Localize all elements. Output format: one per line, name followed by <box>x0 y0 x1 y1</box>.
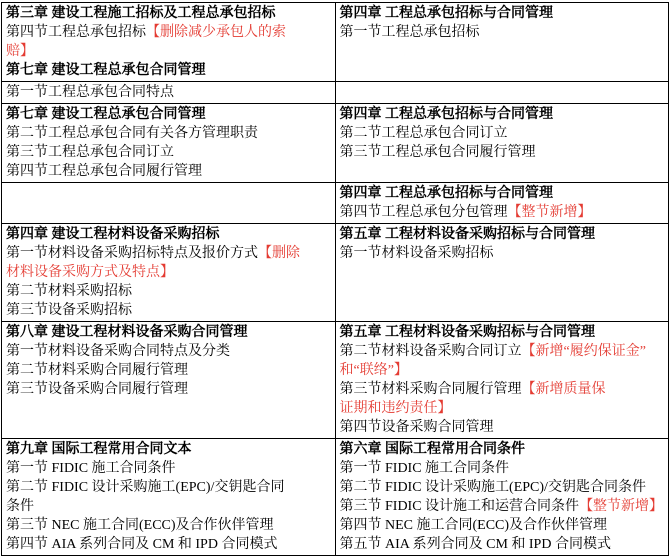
text-line: 和“联络”】 <box>340 361 665 380</box>
table-cell: 第四章 工程总承包招标与合同管理第一节工程总承包招标 <box>335 3 669 82</box>
change-annotation: 【新增质量保 <box>522 382 606 397</box>
text-line: 第四章 工程总承包招标与合同管理 <box>340 105 665 124</box>
text-line: 第四节工程总承包分包管理【整节新增】 <box>340 203 665 222</box>
section-item: 第三节工程总承包合同订立 <box>6 145 174 160</box>
text-line: 证期和违约责任】 <box>340 399 665 418</box>
text-line: 第四章 工程总承包招标与合同管理 <box>340 4 665 23</box>
curriculum-comparison-table: 第三章 建设工程施工招标及工程总承包招标第四节工程总承包招标【删除减少承包人的索… <box>1 2 669 556</box>
section-item: 第一节工程总承包合同特点 <box>6 85 174 100</box>
table-row: 第一节工程总承包合同特点 <box>2 82 669 104</box>
chapter-heading: 第七章 建设工程总承包合同管理 <box>6 63 206 78</box>
text-line: 第二节 FIDIC 设计采购施工(EPC)/交钥匙合同 <box>6 478 331 497</box>
section-item: 第一节材料设备采购招标特点及报价方式 <box>6 246 258 261</box>
section-item: 第四节工程总承包分包管理 <box>340 205 508 220</box>
section-item: 第五节 AIA 系列合同及 CM 和 IPD 合同模式 <box>340 537 611 552</box>
table-cell <box>2 183 336 224</box>
table-cell: 第四章 建设工程材料设备采购招标第一节材料设备采购招标特点及报价方式【删除材料设… <box>2 224 336 322</box>
table-row: 第七章 建设工程总承包合同管理第二节工程总承包合同有关各方管理职责第三节工程总承… <box>2 104 669 183</box>
change-annotation: 【整节新增】 <box>508 205 592 220</box>
text-line: 赔】 <box>6 42 331 61</box>
table-cell: 第四章 工程总承包招标与合同管理第二节工程总承包合同订立第三节工程总承包合同履行… <box>335 104 669 183</box>
change-annotation: 和“联络”】 <box>340 363 408 378</box>
section-item: 第三节设备采购招标 <box>6 303 132 318</box>
text-line: 第四节 AIA 系列合同及 CM 和 IPD 合同模式 <box>6 535 331 554</box>
change-annotation: 材料设备采购方式及特点】 <box>6 265 174 280</box>
text-line: 第二节工程总承包合同有关各方管理职责 <box>6 124 331 143</box>
text-line: 第三节材料采购合同履行管理【新增质量保 <box>340 380 665 399</box>
table-row: 第三章 建设工程施工招标及工程总承包招标第四节工程总承包招标【删除减少承包人的索… <box>2 3 669 82</box>
section-item: 第一节 FIDIC 施工合同条件 <box>340 461 510 476</box>
text-line: 第四节 NEC 施工合同(ECC)及合作伙伴管理 <box>340 516 665 535</box>
text-line: 第三节工程总承包合同订立 <box>6 143 331 162</box>
chapter-heading: 第八章 建设工程材料设备采购合同管理 <box>6 325 248 340</box>
table-row: 第九章 国际工程常用合同文本第一节 FIDIC 施工合同条件第二节 FIDIC … <box>2 439 669 556</box>
document-page: 第三章 建设工程施工招标及工程总承包招标第四节工程总承包招标【删除减少承包人的索… <box>0 0 670 547</box>
section-item: 条件 <box>6 499 34 514</box>
change-annotation: 【删除 <box>258 246 300 261</box>
section-item: 第四节 AIA 系列合同及 CM 和 IPD 合同模式 <box>6 537 277 552</box>
section-item: 第三节工程总承包合同履行管理 <box>340 145 536 160</box>
table-row: 第四章 工程总承包招标与合同管理第四节工程总承包分包管理【整节新增】 <box>2 183 669 224</box>
section-item: 第二节工程总承包合同有关各方管理职责 <box>6 126 258 141</box>
chapter-heading: 第五章 工程材料设备采购招标与合同管理 <box>340 325 596 340</box>
text-line: 第一节材料设备采购合同特点及分类 <box>6 342 331 361</box>
table-cell: 第三章 建设工程施工招标及工程总承包招标第四节工程总承包招标【删除减少承包人的索… <box>2 3 336 82</box>
text-line: 第三章 建设工程施工招标及工程总承包招标 <box>6 4 331 23</box>
section-item: 第二节工程总承包合同订立 <box>340 126 508 141</box>
change-annotation: 【删除减少承包人的索 <box>146 25 286 40</box>
text-line: 第一节 FIDIC 施工合同条件 <box>6 459 331 478</box>
text-line: 第三节 FIDIC 设计施工和运营合同条件【整节新增】 <box>340 497 665 516</box>
change-annotation: 【新增“履约保证金” <box>522 344 646 359</box>
text-line: 第一节 FIDIC 施工合同条件 <box>340 459 665 478</box>
section-item: 第二节材料设备采购合同订立 <box>340 344 522 359</box>
section-item: 第三节设备采购合同履行管理 <box>6 382 188 397</box>
table-cell: 第五章 工程材料设备采购招标与合同管理第二节材料设备采购合同订立【新增“履约保证… <box>335 322 669 439</box>
section-item: 第一节 FIDIC 施工合同条件 <box>6 461 176 476</box>
chapter-heading: 第四章 工程总承包招标与合同管理 <box>340 107 554 122</box>
section-item: 第一节材料设备采购合同特点及分类 <box>6 344 230 359</box>
section-item: 第二节材料采购合同履行管理 <box>6 363 188 378</box>
section-item: 第二节 FIDIC 设计采购施工(EPC)/交钥匙合同 <box>6 480 284 495</box>
chapter-heading: 第四章 工程总承包招标与合同管理 <box>340 186 554 201</box>
table-cell: 第一节工程总承包合同特点 <box>2 82 336 104</box>
section-item: 第四节工程总承包招标 <box>6 25 146 40</box>
text-line: 第五章 工程材料设备采购招标与合同管理 <box>340 323 665 342</box>
table-cell: 第四章 工程总承包招标与合同管理第四节工程总承包分包管理【整节新增】 <box>335 183 669 224</box>
chapter-heading: 第六章 国际工程常用合同条件 <box>340 442 526 457</box>
text-line: 第一节材料设备采购招标 <box>340 244 665 263</box>
section-item: 第一节工程总承包招标 <box>340 25 480 40</box>
table-cell <box>335 82 669 104</box>
text-line: 条件 <box>6 497 331 516</box>
text-line: 第六章 国际工程常用合同条件 <box>340 440 665 459</box>
text-line: 第四章 工程总承包招标与合同管理 <box>340 184 665 203</box>
table-cell: 第五章 工程材料设备采购招标与合同管理第一节材料设备采购招标 <box>335 224 669 322</box>
text-line: 材料设备采购方式及特点】 <box>6 263 331 282</box>
chapter-heading: 第四章 工程总承包招标与合同管理 <box>340 6 554 21</box>
text-line: 第三节 NEC 施工合同(ECC)及合作伙伴管理 <box>6 516 331 535</box>
chapter-heading: 第三章 建设工程施工招标及工程总承包招标 <box>6 6 276 21</box>
text-line: 第二节材料采购合同履行管理 <box>6 361 331 380</box>
change-annotation: 【整节新增】 <box>579 499 663 514</box>
text-line: 第七章 建设工程总承包合同管理 <box>6 61 331 80</box>
section-item: 第二节 FIDIC 设计采购施工(EPC)/交钥匙合同条件 <box>340 480 646 495</box>
table-row: 第八章 建设工程材料设备采购合同管理第一节材料设备采购合同特点及分类第二节材料采… <box>2 322 669 439</box>
section-item: 第三节 FIDIC 设计施工和运营合同条件 <box>340 499 580 514</box>
change-annotation: 赔】 <box>6 44 34 59</box>
text-line: 第三节工程总承包合同履行管理 <box>340 143 665 162</box>
text-line: 第四节设备采购合同管理 <box>340 418 665 437</box>
text-line: 第九章 国际工程常用合同文本 <box>6 440 331 459</box>
table-cell: 第八章 建设工程材料设备采购合同管理第一节材料设备采购合同特点及分类第二节材料采… <box>2 322 336 439</box>
table-cell: 第六章 国际工程常用合同条件第一节 FIDIC 施工合同条件第二节 FIDIC … <box>335 439 669 556</box>
text-line: 第四节工程总承包合同履行管理 <box>6 162 331 181</box>
text-line: 第二节材料设备采购合同订立【新增“履约保证金” <box>340 342 665 361</box>
text-line: 第三节设备采购合同履行管理 <box>6 380 331 399</box>
chapter-heading: 第五章 工程材料设备采购招标与合同管理 <box>340 227 596 242</box>
text-line: 第五节 AIA 系列合同及 CM 和 IPD 合同模式 <box>340 535 665 554</box>
text-line: 第八章 建设工程材料设备采购合同管理 <box>6 323 331 342</box>
text-line: 第二节 FIDIC 设计采购施工(EPC)/交钥匙合同条件 <box>340 478 665 497</box>
text-line: 第三节设备采购招标 <box>6 301 331 320</box>
text-line: 第一节材料设备采购招标特点及报价方式【删除 <box>6 244 331 263</box>
text-line: 第七章 建设工程总承包合同管理 <box>6 105 331 124</box>
chapter-heading: 第四章 建设工程材料设备采购招标 <box>6 227 220 242</box>
table-body: 第三章 建设工程施工招标及工程总承包招标第四节工程总承包招标【删除减少承包人的索… <box>2 3 669 556</box>
section-item: 第四节工程总承包合同履行管理 <box>6 164 202 179</box>
section-item: 第一节材料设备采购招标 <box>340 246 494 261</box>
table-cell: 第七章 建设工程总承包合同管理第二节工程总承包合同有关各方管理职责第三节工程总承… <box>2 104 336 183</box>
table-row: 第四章 建设工程材料设备采购招标第一节材料设备采购招标特点及报价方式【删除材料设… <box>2 224 669 322</box>
text-line: 第五章 工程材料设备采购招标与合同管理 <box>340 225 665 244</box>
chapter-heading: 第七章 建设工程总承包合同管理 <box>6 107 206 122</box>
change-annotation: 证期和违约责任】 <box>340 401 452 416</box>
chapter-heading: 第九章 国际工程常用合同文本 <box>6 442 192 457</box>
section-item: 第三节材料采购合同履行管理 <box>340 382 522 397</box>
text-line: 第四节工程总承包招标【删除减少承包人的索 <box>6 23 331 42</box>
section-item: 第二节材料采购招标 <box>6 284 132 299</box>
section-item: 第三节 NEC 施工合同(ECC)及合作伙伴管理 <box>6 518 274 533</box>
text-line: 第二节工程总承包合同订立 <box>340 124 665 143</box>
text-line: 第四章 建设工程材料设备采购招标 <box>6 225 331 244</box>
text-line: 第二节材料采购招标 <box>6 282 331 301</box>
section-item: 第四节 NEC 施工合同(ECC)及合作伙伴管理 <box>340 518 608 533</box>
section-item: 第四节设备采购合同管理 <box>340 420 494 435</box>
text-line: 第一节工程总承包招标 <box>340 23 665 42</box>
text-line: 第一节工程总承包合同特点 <box>6 83 331 102</box>
table-cell: 第九章 国际工程常用合同文本第一节 FIDIC 施工合同条件第二节 FIDIC … <box>2 439 336 556</box>
